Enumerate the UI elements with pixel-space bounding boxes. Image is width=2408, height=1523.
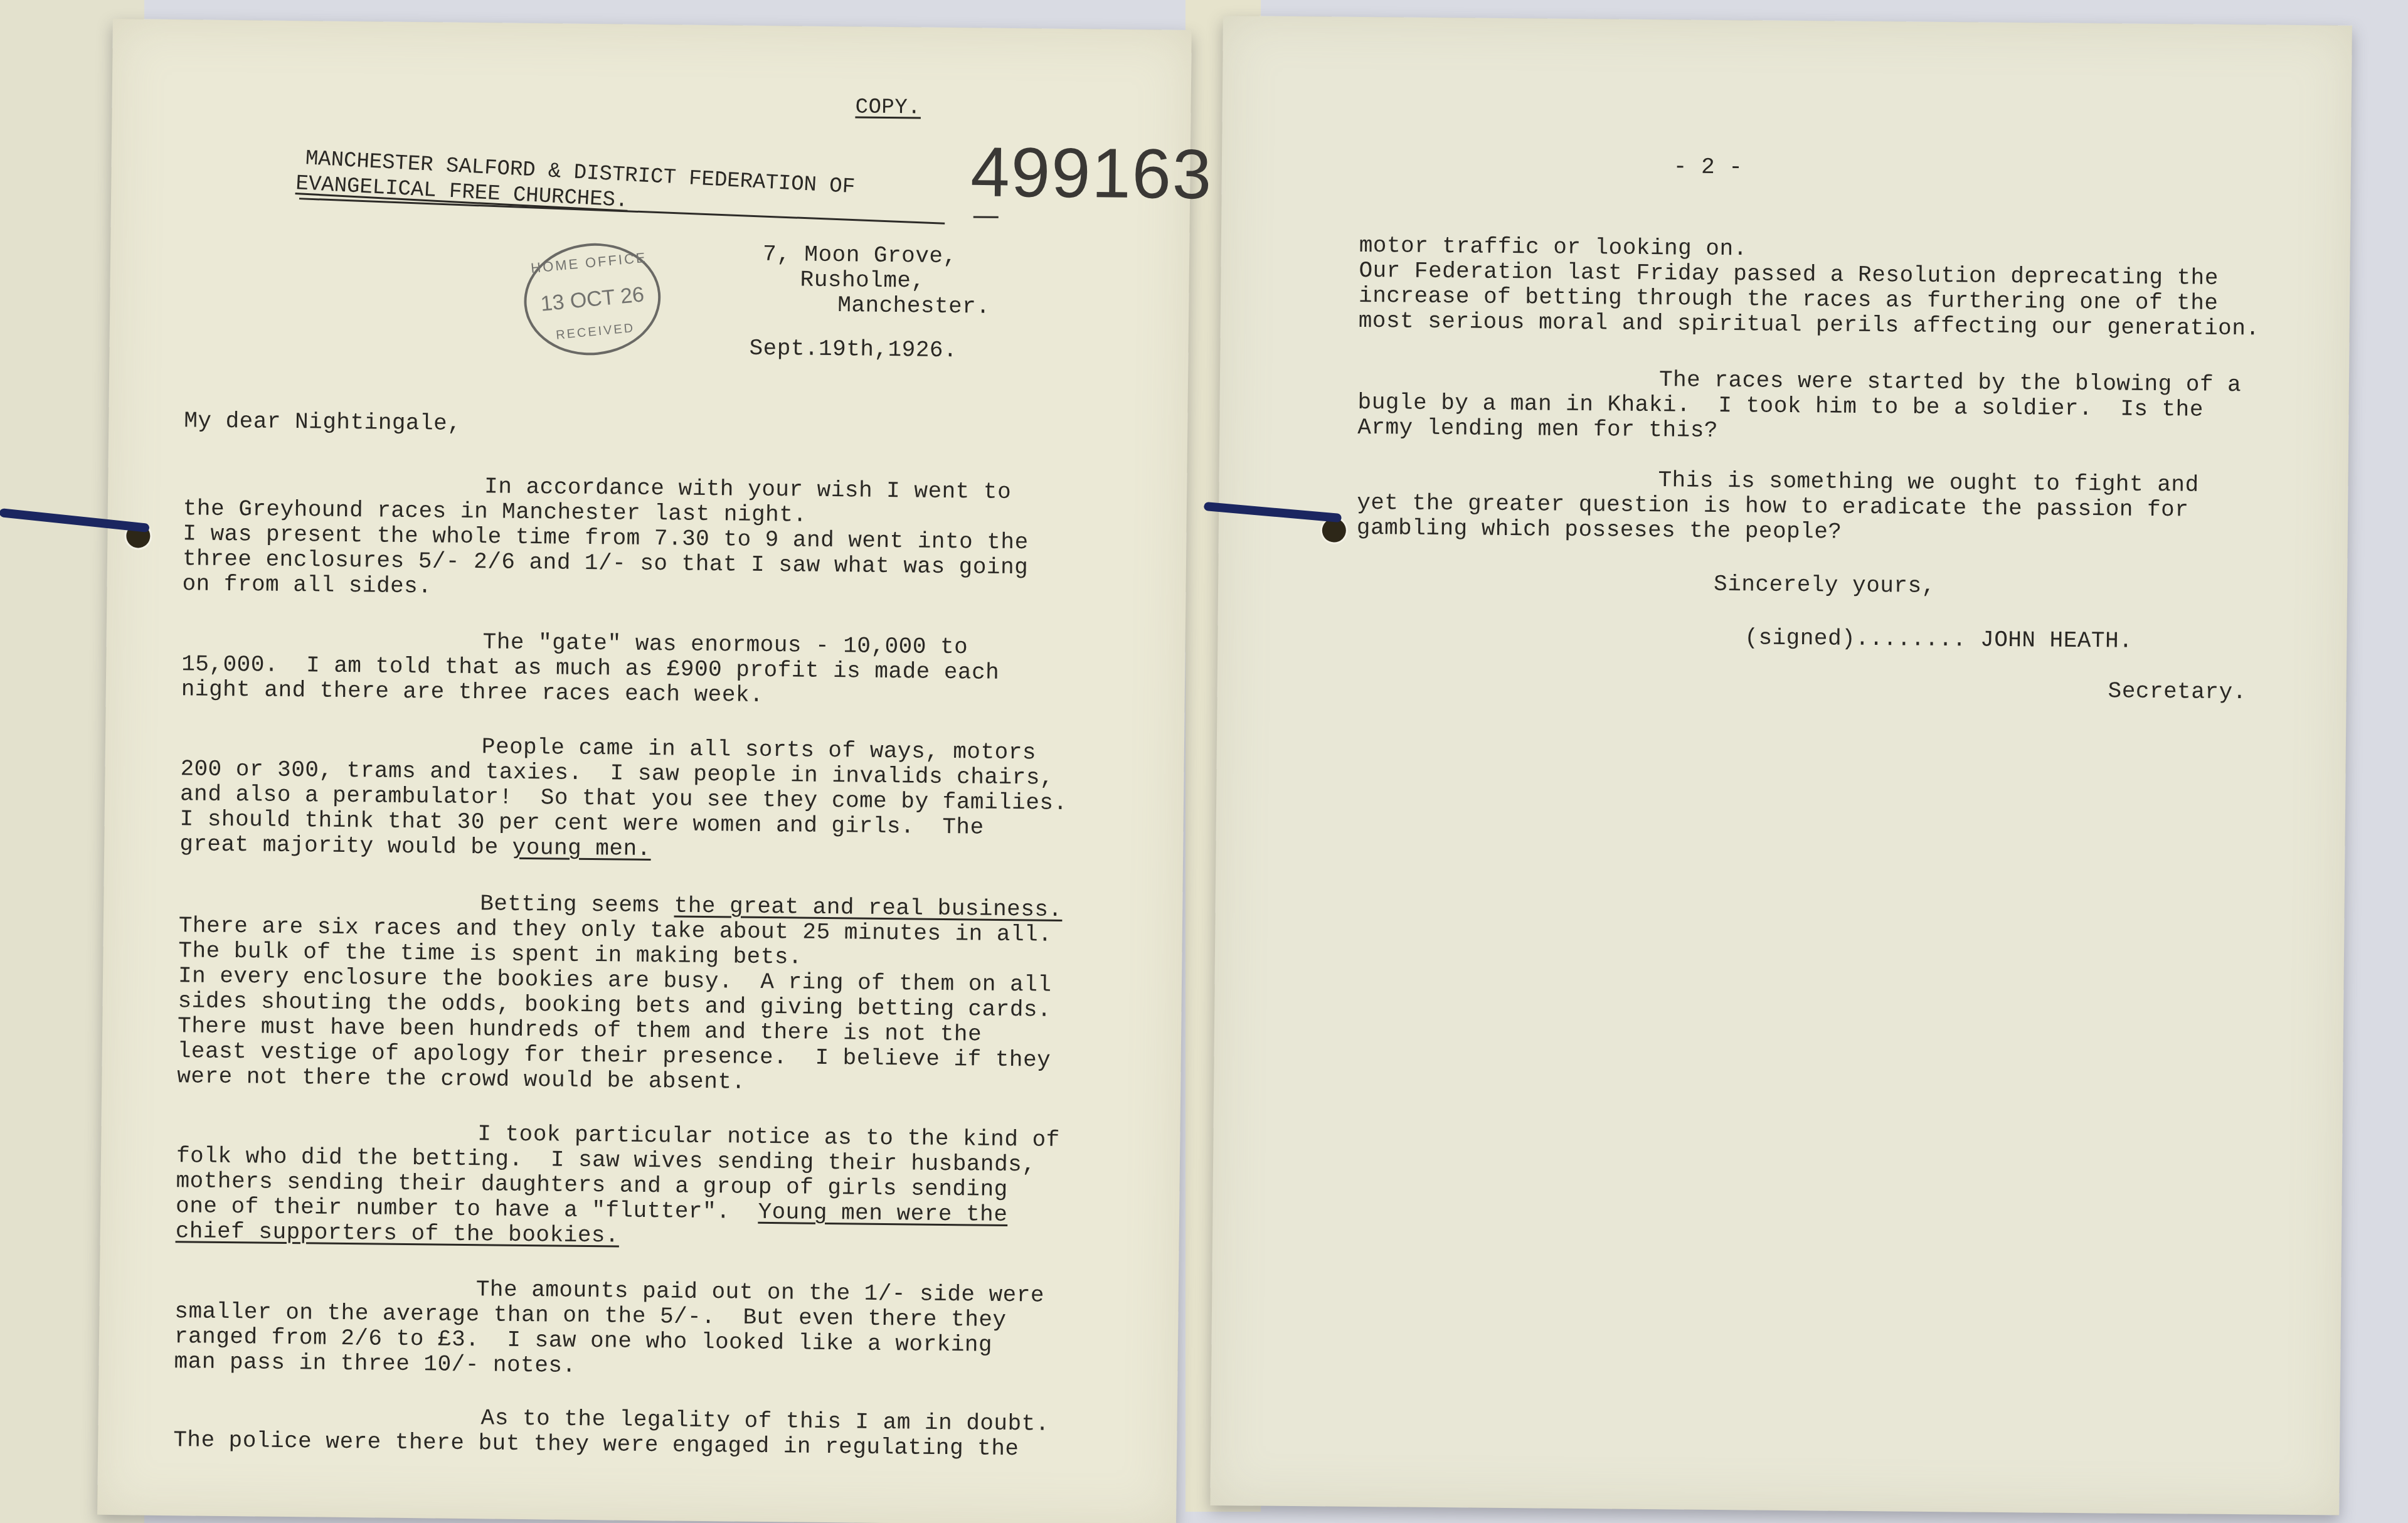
text-line: on from all sides. [182, 571, 432, 598]
paragraph-1: In accordance with your wish I went to t… [113, 19, 1192, 30]
text-line: motor traffic or looking on. [1359, 233, 1748, 261]
home-office-received-stamp: HOME OFFICE 13 OCT 26 RECEIVED [519, 237, 666, 361]
copy-label: COPY. [855, 95, 921, 120]
paragraph-6: The amounts paid out on the 1/- side wer… [113, 19, 1192, 30]
letter-page-2: - 2 - motor traffic or looking on. Our F… [1210, 16, 2352, 1515]
paragraph-3: This is something we ought to fight and … [1223, 16, 2352, 26]
paragraph-3: People came in all sorts of ways, motors… [113, 19, 1192, 30]
text-line: gambling which posseses the people? [1357, 516, 1842, 544]
address-line-2: Rusholme, [800, 267, 925, 293]
signature: (signed)........ JOHN HEATH. [1744, 625, 2133, 653]
paragraph-7: As to the legality of this I am in doubt… [113, 19, 1192, 30]
signatory-title: Secretary. [2108, 679, 2246, 704]
letter-date: Sept.19th,1926. [749, 336, 957, 363]
closing: Sincerely yours, [1714, 572, 1936, 598]
stamp-bottom-text: RECEIVED [529, 319, 662, 346]
underlined-line: chief supporters of the bookies. [176, 1219, 620, 1248]
paragraph-5: I took particular notice as to the kind … [113, 19, 1192, 30]
underlined-phrase: Young men were the [758, 1199, 1007, 1228]
letter-page-1: COPY. MANCHESTER SALFORD & DISTRICT FEDE… [97, 19, 1192, 1523]
text-line: great majority would be young men. [179, 832, 651, 861]
text-line: night and there are three races each wee… [181, 677, 764, 708]
text-line: were not there the crowd would be absent… [177, 1064, 746, 1094]
paragraph-1: motor traffic or looking on. Our Federat… [1223, 16, 2352, 26]
stamp-top-text: HOME OFFICE [522, 248, 655, 277]
text-span: great majority would be [179, 831, 512, 861]
reference-underline [973, 216, 999, 218]
address-line-3: Manchester. [837, 293, 990, 319]
text-line: man pass in three 10/- notes. [174, 1349, 576, 1378]
text-span: Betting seems [480, 891, 674, 918]
underlined-phrase: young men. [512, 835, 650, 862]
paragraph-4: Betting seems the great and real busines… [113, 19, 1192, 30]
text-line: Army lending men for this? [1357, 415, 1718, 443]
address-line-1: 7, Moon Grove, [763, 242, 957, 268]
stamp-date-text: 13 OCT 26 [526, 281, 659, 318]
paragraph-2: The races were started by the blowing of… [1223, 16, 2352, 26]
paragraph-2: The "gate" was enormous - 10,000 to 15,0… [113, 19, 1192, 30]
reference-number: 499163 [970, 134, 1213, 212]
page-number: - 2 - [1673, 154, 1743, 179]
salutation: My dear Nightingale, [184, 408, 461, 436]
